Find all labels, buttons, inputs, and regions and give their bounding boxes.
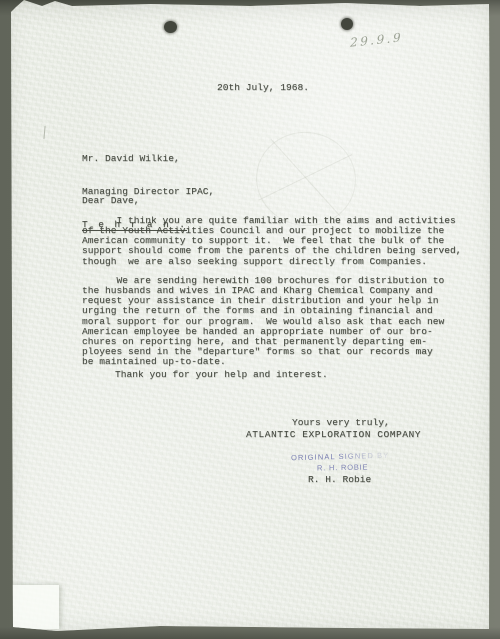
closing-thanks: Thank you for your help and interest. [115, 369, 328, 380]
stamp-signer-name: R. H. ROBIE [317, 463, 368, 473]
closing-valediction: Yours very truly, [292, 417, 390, 428]
typed-signature: R. H. Robie [308, 474, 371, 485]
hole-punch-left-icon [164, 21, 177, 33]
salutation: Dear Dave, [82, 195, 140, 206]
fold-corner [11, 585, 59, 629]
body-paragraph-2: We are sending herewith 100 brochures fo… [82, 276, 444, 367]
recipient-name: Mr. David Wilkie, [82, 153, 214, 164]
letter-date: 20th July, 1968. [217, 82, 309, 93]
body-paragraph-1: I think you are quite familiar with the … [82, 216, 462, 267]
hole-punch-right-icon [341, 18, 353, 30]
company-name: ATLANTIC EXPLORATION COMPANY [246, 429, 421, 440]
scanned-letter: 29.9.9 20th July, 1968. Mr. David Wilkie… [0, 0, 500, 639]
